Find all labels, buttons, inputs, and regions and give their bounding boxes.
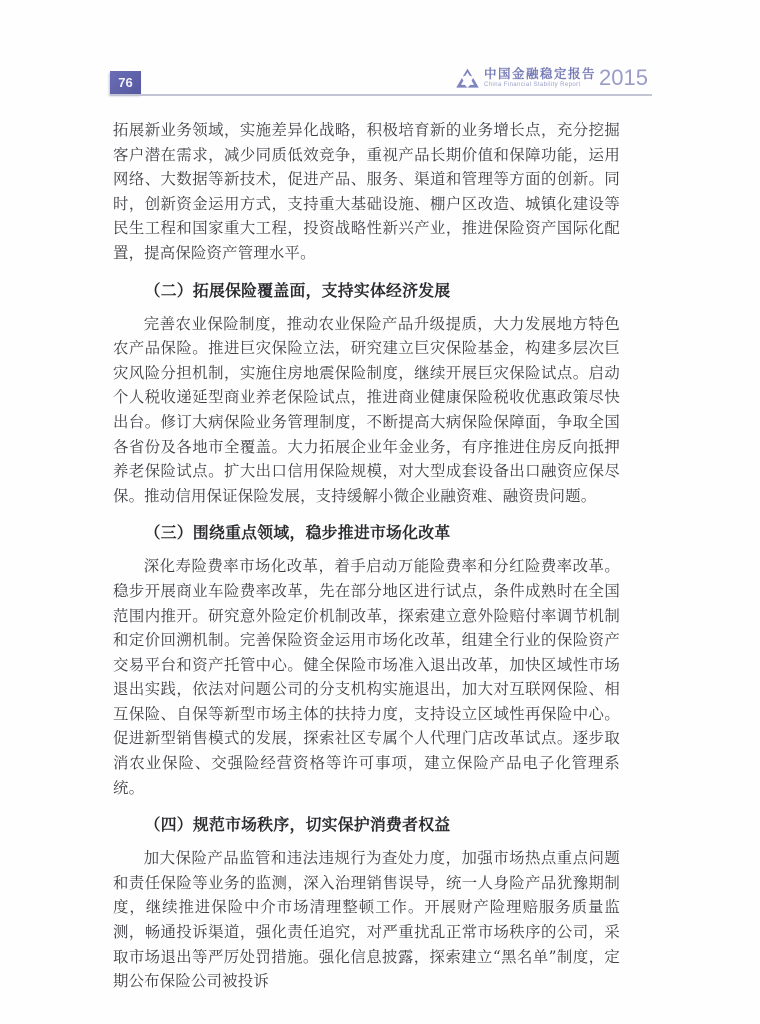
report-brand: 中国金融稳定报告 China Financial Stability Repor… [455, 62, 648, 94]
section-heading-4: （四）规范市场秩序，切实保护消费者权益 [113, 813, 620, 838]
brand-title-en: China Financial Stability Report [484, 82, 596, 88]
section-paragraph-2: 完善农业保险制度，推动农业保险产品升级提质，大力发展地方特色农产品保险。推进巨灾… [113, 312, 620, 509]
page-body: 拓展新业务领域，实施差异化战略，积极培育新的业务增长点，充分挖掘客户潜在需求，减… [113, 118, 620, 994]
section-heading-3: （三）围绕重点领域，稳步推进市场化改革 [113, 521, 620, 546]
brand-text-block: 中国金融稳定报告 China Financial Stability Repor… [484, 68, 596, 89]
page-number: 76 [118, 75, 132, 90]
page-number-badge: 76 [110, 71, 141, 94]
brand-title-cn: 中国金融稳定报告 [484, 68, 596, 81]
pboc-triangle-logo-icon [455, 68, 480, 91]
header-divider-rule [110, 94, 652, 96]
section-paragraph-4: 加大保险产品监管和违法违规行为查处力度，加强市场热点重点问题和责任保险等业务的监… [113, 846, 620, 994]
page-header: 76 中国金融稳定报告 China Financial Stability Re… [0, 0, 760, 100]
brand-year: 2015 [599, 67, 648, 89]
opening-paragraph: 拓展新业务领域，实施差异化战略，积极培育新的业务增长点，充分挖掘客户潜在需求，减… [113, 118, 620, 266]
section-paragraph-3: 深化寿险费率市场化改革，着手启动万能险费率和分红险费率改革。稳步开展商业车险费率… [113, 554, 620, 800]
report-page: 76 中国金融稳定报告 China Financial Stability Re… [0, 0, 760, 1024]
section-heading-2: （二）拓展保险覆盖面，支持实体经济发展 [113, 279, 620, 304]
